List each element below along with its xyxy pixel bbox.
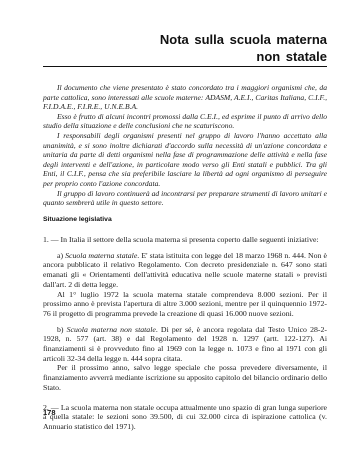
title-line-1: Nota sulla scuola materna — [160, 31, 327, 48]
intro-paragraph: Il gruppo di lavoro continuerà ad incont… — [43, 189, 327, 208]
paragraph-a: a) Scuola materna statale. E' stata isti… — [43, 251, 327, 290]
section-heading: Situazione legislativa — [43, 216, 112, 223]
paragraph-1: 1. — In Italia il settore della scuola m… — [43, 235, 327, 245]
intro-block: Il documento che viene presentato è stat… — [43, 83, 327, 208]
body-text: 1. — In Italia il settore della scuola m… — [43, 235, 327, 432]
title-rule — [43, 66, 327, 67]
item-a-label: a) — [57, 251, 65, 260]
paragraph-2: 2. — La scuola materna non statale occup… — [43, 403, 327, 432]
paragraph-a2: Al 1° luglio 1972 la scuola materna stat… — [43, 290, 327, 319]
item-b-title: Scuola materna non statale — [67, 325, 156, 334]
paragraph-b: b) Scuola materna non statale. Di per sé… — [43, 325, 327, 364]
intro-paragraph: I responsabili degli organismi presenti … — [43, 131, 327, 189]
page-number: 178 — [43, 408, 56, 417]
item-a-title: Scuola materna statale — [65, 251, 137, 260]
document-title: Nota sulla scuola materna non statale — [160, 31, 327, 65]
title-line-2: non statale — [160, 48, 327, 65]
intro-paragraph: Esso è frutto di alcuni incontri promoss… — [43, 112, 327, 131]
intro-paragraph: Il documento che viene presentato è stat… — [43, 83, 327, 112]
paragraph-b2: Per il prossimo anno, salvo legge specia… — [43, 363, 327, 392]
item-b-label: b) — [57, 325, 67, 334]
